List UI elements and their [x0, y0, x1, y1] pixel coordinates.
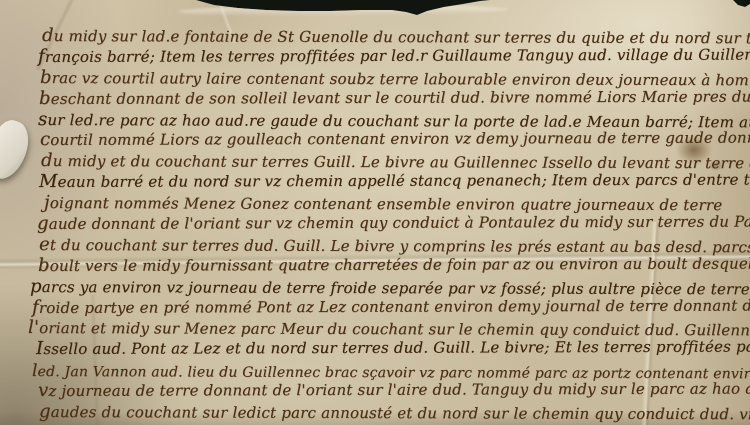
manuscript-text: du midy sur lad.e fontaine de St Guenoll…	[36, 26, 750, 423]
manuscript-line: vz journeau de terre donnant de l'oriant…	[38, 378, 750, 402]
manuscript-line: froide partye en pré nommé Pont az Lez c…	[32, 295, 750, 319]
manuscript-line: françois barré; Item les terres proffité…	[38, 44, 750, 68]
manuscript-line: gaude donnant de l'oriant sur vz chemin …	[37, 211, 750, 235]
manuscript-line: boult vers le midy fournissant quatre ch…	[38, 253, 750, 277]
torn-edge-highlight	[178, 4, 508, 17]
photo-background: du midy sur lad.e fontaine de St Guenoll…	[0, 0, 750, 425]
manuscript-line: Meaun barré et du nord sur vz chemin app…	[39, 170, 750, 194]
manuscript-line: gaudes du couchant sur ledict parc annou…	[39, 402, 750, 425]
manuscript-line: courtil nommé Liors az goulleach contena…	[40, 128, 750, 152]
manuscript-paper: du midy sur lad.e fontaine de St Guenoll…	[0, 0, 750, 425]
manuscript-line: beschant donnant de son solleil levant s…	[39, 86, 750, 110]
manuscript-line: Issello aud. Pont az Lez et du nord sur …	[36, 337, 750, 361]
